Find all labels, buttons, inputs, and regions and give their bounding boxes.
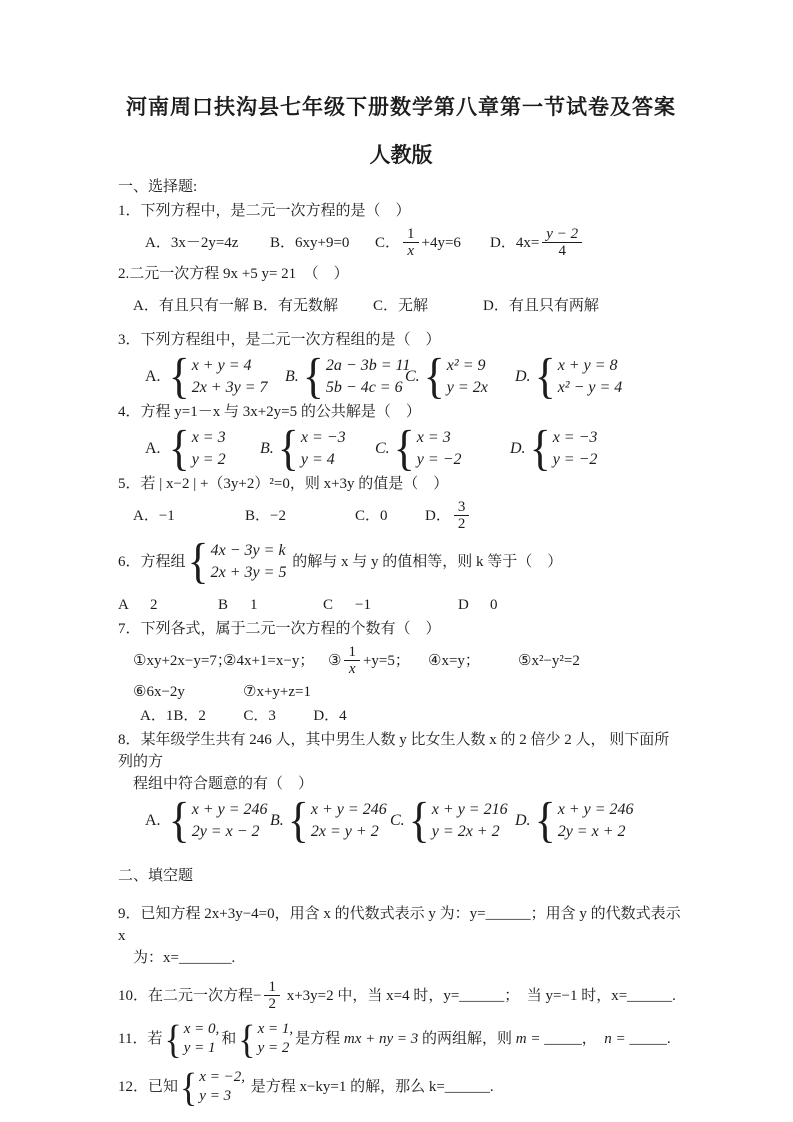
question-6-stem: 6．方程组 { 4x − 3y = k 2x + 3y = 5 的解与 x 与 … xyxy=(118,538,684,586)
q7-item-3-label: ③ xyxy=(328,650,341,672)
question-5-options: A．−1 B．−2 C．0 D． 3 2 xyxy=(118,497,684,534)
q6-option-d-value: 0 xyxy=(490,594,498,616)
equation: y = 4 xyxy=(301,449,346,471)
q4-option-a: A. { x = 3 y = 2 xyxy=(145,425,260,473)
q3-option-b-label: B. xyxy=(285,366,299,388)
equation-lines: x + y = 216 y = 2x + 2 xyxy=(432,799,508,843)
q8-option-b-system: { x + y = 246 2x = y + 2 xyxy=(288,799,387,843)
q11-text-3: ， xyxy=(582,1028,605,1050)
question-4-options: A. { x = 3 y = 2 B. { x = −3 y = 4 xyxy=(118,425,684,473)
q8-option-c-label: C. xyxy=(390,810,405,832)
equation: x = 1, xyxy=(258,1020,294,1039)
fraction-denominator: x xyxy=(349,661,356,677)
fraction: y − 2 4 xyxy=(542,226,582,259)
q1-option-c-label: C． xyxy=(375,232,400,254)
q7-option-a: A．1 xyxy=(140,705,173,727)
q5-option-d-label: D． xyxy=(425,505,451,527)
q11-n-label: n = xyxy=(604,1028,625,1050)
q7-item-7: ⑦x+y+z=1 xyxy=(243,681,311,703)
equation-lines: x² = 9 y = 2x xyxy=(447,355,488,399)
equation-lines: x + y = 4 2x + 3y = 7 xyxy=(192,355,268,399)
q5-option-b: B．−2 xyxy=(245,505,355,527)
brace-icon: { xyxy=(303,352,324,401)
q1-option-b: B．6xy+9=0 xyxy=(270,232,375,254)
q11-text-pre: 11．若 xyxy=(118,1028,162,1050)
q4-option-d-system: { x = −3 y = −2 xyxy=(530,427,598,471)
q7-item-2: ②4x+1=x−y； xyxy=(223,650,328,672)
equation: 2x + 3y = 7 xyxy=(192,377,268,399)
q8-option-c: C. { x + y = 216 y = 2x + 2 xyxy=(390,797,515,845)
equation-lines: x = −3 y = 4 xyxy=(301,427,346,471)
q3-option-d-label: D. xyxy=(515,366,531,388)
equation: y = −2 xyxy=(417,449,462,471)
brace-icon: { xyxy=(238,1019,255,1059)
q5-option-c: C．0 xyxy=(355,505,425,527)
q11-blank-m: _____ xyxy=(541,1028,582,1050)
q11-m-label: m = xyxy=(516,1028,541,1050)
question-12: 12．已知 { x = −2, y = 3 是方程 x−ky=1 的解，那么 k… xyxy=(118,1066,684,1108)
q7-item-4: ④x=y； xyxy=(428,650,518,672)
q5-option-a: A．−1 xyxy=(133,505,245,527)
equation: 2x + 3y = 5 xyxy=(211,562,287,584)
equation: x² − y = 4 xyxy=(558,377,623,399)
equation: x + y = 8 xyxy=(558,355,623,377)
fraction-denominator: 2 xyxy=(458,516,466,532)
brace-icon: { xyxy=(169,796,190,845)
q8-option-a: A. { x + y = 246 2y = x − 2 xyxy=(145,797,270,845)
equation: 2y = x + 2 xyxy=(558,821,634,843)
q10-text-post: x+3y=2 中，当 x=4 时，y=______； 当 y=−1 时，x=__… xyxy=(283,985,676,1007)
q4-option-d-label: D. xyxy=(510,438,526,460)
fraction: 1 x xyxy=(344,644,360,677)
equation-lines: x = 0, y = 1 xyxy=(184,1020,220,1058)
question-9-line1: 9．已知方程 2x+3y−4=0，用含 x 的代数式表示 y 为：y=_____… xyxy=(118,903,684,947)
q6-option-b-value: 1 xyxy=(250,594,258,616)
brace-icon: { xyxy=(530,424,551,473)
question-4-stem: 4．方程 y=1－x 与 3x+2y=5 的公共解是（ ） xyxy=(118,401,684,423)
brace-icon: { xyxy=(409,796,430,845)
fraction-numerator: 1 xyxy=(403,226,419,243)
q1-option-c: C． 1 x +4y=6 xyxy=(375,224,490,261)
equation: y = 2x + 2 xyxy=(432,821,508,843)
question-11: 11．若 { x = 0, y = 1 和 { x = 1, y = 2 是方程… xyxy=(118,1018,684,1060)
q12-text-post: 是方程 x−ky=1 的解，那么 k=______. xyxy=(247,1076,494,1098)
equation: x = 3 xyxy=(417,427,462,449)
q3-option-c-system: { x² = 9 y = 2x xyxy=(424,355,488,399)
fraction-denominator: 4 xyxy=(558,243,566,259)
brace-icon: { xyxy=(188,537,209,586)
section1-heading: 一、选择题: xyxy=(118,176,684,198)
q6-option-b: B 1 xyxy=(218,594,323,616)
test-paper-page: 河南周口扶沟县七年级下册数学第八章第一节试卷及答案 人教版 一、选择题: 1．下… xyxy=(0,0,793,1122)
brace-icon: { xyxy=(288,796,309,845)
q3-option-c-label: C. xyxy=(405,366,420,388)
q6-system: { 4x − 3y = k 2x + 3y = 5 xyxy=(188,540,287,584)
q7-item-3: ③ 1 x +y=5； xyxy=(328,642,428,679)
equation: x + y = 4 xyxy=(192,355,268,377)
q11-text-mid: 和 xyxy=(221,1028,236,1050)
q6-option-c: C −1 xyxy=(323,594,458,616)
equation: x = 0, xyxy=(184,1020,220,1039)
q2-option-b: B．有无数解 xyxy=(253,295,373,317)
equation: y = 2x xyxy=(447,377,488,399)
q6-option-c-value: −1 xyxy=(355,594,371,616)
q11-text-1: 是方程 xyxy=(295,1028,344,1050)
q11-equation-mxny: mx + ny = 3 xyxy=(344,1028,418,1050)
question-8-stem-line2: 程组中符合题意的有（ ） xyxy=(118,773,684,795)
question-8-stem-line1: 8．某年级学生共有 246 人，其中男生人数 y 比女生人数 x 的 2 倍少 … xyxy=(118,729,684,773)
equation: x² = 9 xyxy=(447,355,488,377)
brace-icon: { xyxy=(164,1019,181,1059)
q7-item-5: ⑤x²−y²=2 xyxy=(518,650,580,672)
page-content: 河南周口扶沟县七年级下册数学第八章第一节试卷及答案 人教版 一、选择题: 1．下… xyxy=(118,92,684,1108)
equation-lines: 2a − 3b = 11 5b − 4c = 6 xyxy=(326,355,410,399)
question-10: 10．在二元一次方程− 1 2 x+3y=2 中，当 x=4 时，y=_____… xyxy=(118,977,684,1014)
q12-system: { x = −2, y = 3 xyxy=(180,1068,245,1106)
question-7-items-line2: ⑥6x−2y ⑦x+y+z=1 xyxy=(118,681,684,703)
q3-option-a-system: { x + y = 4 2x + 3y = 7 xyxy=(169,355,268,399)
q3-option-a-label: A. xyxy=(145,366,165,388)
question-7-options: A．1 B．2 C．3 D．4 xyxy=(118,705,684,727)
q4-option-a-system: { x = 3 y = 2 xyxy=(169,427,226,471)
equation-lines: x = 1, y = 2 xyxy=(258,1020,294,1058)
q7-item-1: ①xy+2x−y=7； xyxy=(133,650,223,672)
q4-option-c-label: C. xyxy=(375,438,390,460)
q8-option-b-label: B. xyxy=(270,810,284,832)
brace-icon: { xyxy=(394,424,415,473)
q4-option-b: B. { x = −3 y = 4 xyxy=(260,425,375,473)
q2-option-a: A．有且只有一解 xyxy=(133,295,253,317)
q2-option-d: D．有且只有两解 xyxy=(483,295,599,317)
question-7-stem: 7．下列各式，属于二元一次方程的个数有（ ） xyxy=(118,618,684,640)
q3-option-d: D. { x + y = 8 x² − y = 4 xyxy=(515,353,624,401)
equation-lines: x + y = 246 2y = x − 2 xyxy=(192,799,268,843)
paper-title-line1: 河南周口扶沟县七年级下册数学第八章第一节试卷及答案 xyxy=(118,92,684,122)
equation: y = 3 xyxy=(199,1087,245,1106)
q11-system-1: { x = 0, y = 1 xyxy=(164,1020,219,1058)
question-2-options: A．有且只有一解 B．有无数解 C．无解 D．有且只有两解 xyxy=(118,295,684,317)
fraction-denominator: 2 xyxy=(268,996,276,1012)
q4-option-b-label: B. xyxy=(260,438,274,460)
equation-lines: x = 3 y = −2 xyxy=(417,427,462,471)
equation: x = −2, xyxy=(199,1068,245,1087)
q6-option-d-letter: D xyxy=(458,594,490,616)
fraction: 3 2 xyxy=(454,499,470,532)
brace-icon: { xyxy=(169,352,190,401)
equation-lines: 4x − 3y = k 2x + 3y = 5 xyxy=(211,540,287,584)
equation-lines: x = −2, y = 3 xyxy=(199,1068,245,1106)
q6-option-a-letter: A xyxy=(118,594,150,616)
q8-option-b: B. { x + y = 246 2x = y + 2 xyxy=(270,797,390,845)
equation: 5b − 4c = 6 xyxy=(326,377,410,399)
question-6-options: A 2 B 1 C −1 D 0 xyxy=(118,594,684,616)
q5-option-d: D． 3 2 xyxy=(425,497,472,534)
equation: 2y = x − 2 xyxy=(192,821,268,843)
q3-option-a: A. { x + y = 4 2x + 3y = 7 xyxy=(145,353,285,401)
q10-text-pre: 10．在二元一次方程− xyxy=(118,985,261,1007)
equation-lines: x = −3 y = −2 xyxy=(553,427,598,471)
equation: 2x = y + 2 xyxy=(311,821,387,843)
q11-blank-n: _____ xyxy=(626,1028,667,1050)
equation-lines: x = 3 y = 2 xyxy=(192,427,226,471)
q11-text-2: 的两组解，则 xyxy=(418,1028,516,1050)
question-8-options: A. { x + y = 246 2y = x − 2 B. { x + y =… xyxy=(118,797,684,845)
fraction: 1 2 xyxy=(264,979,280,1012)
q3-option-b: B. { 2a − 3b = 11 5b − 4c = 6 xyxy=(285,353,405,401)
equation: x + y = 246 xyxy=(311,799,387,821)
q7-option-d: D．4 xyxy=(313,705,346,727)
equation: x = 3 xyxy=(192,427,226,449)
question-7-items: ①xy+2x−y=7； ②4x+1=x−y； ③ 1 x +y=5； ④x=y；… xyxy=(118,642,684,679)
fraction-denominator: x xyxy=(407,243,414,259)
q6-option-b-letter: B xyxy=(218,594,250,616)
q2-option-c: C．无解 xyxy=(373,295,483,317)
q4-option-c: C. { x = 3 y = −2 xyxy=(375,425,510,473)
q6-option-a: A 2 xyxy=(118,594,218,616)
q8-option-d-label: D. xyxy=(515,810,531,832)
question-3-stem: 3．下列方程组中，是二元一次方程组的是（ ） xyxy=(118,329,684,351)
q7-item-3-rest: +y=5； xyxy=(363,650,410,672)
paper-title-line2: 人教版 xyxy=(118,142,684,168)
fraction: 1 x xyxy=(403,226,419,259)
q7-option-c: C．3 xyxy=(243,705,313,727)
q6-option-a-value: 2 xyxy=(150,594,158,616)
equation: y = 2 xyxy=(192,449,226,471)
q4-option-a-label: A. xyxy=(145,438,165,460)
question-5-stem: 5．若 | x−2 | +（3y+2）²=0，则 x+3y 的值是（ ） xyxy=(118,473,684,495)
equation: y = 1 xyxy=(184,1039,220,1058)
q7-option-b: B．2 xyxy=(173,705,243,727)
question-3-options: A. { x + y = 4 2x + 3y = 7 B. { 2a − 3b … xyxy=(118,353,684,401)
equation: y = −2 xyxy=(553,449,598,471)
q8-option-d: D. { x + y = 246 2y = x + 2 xyxy=(515,797,635,845)
equation: y = 2 xyxy=(258,1039,294,1058)
equation: x = −3 xyxy=(553,427,598,449)
brace-icon: { xyxy=(535,352,556,401)
q6-stem-pre: 6．方程组 xyxy=(118,551,186,573)
q11-text-4: . xyxy=(667,1028,671,1050)
q3-option-b-system: { 2a − 3b = 11 5b − 4c = 6 xyxy=(303,355,411,399)
q8-option-a-label: A. xyxy=(145,810,165,832)
question-9-line2: 为：x=_______. xyxy=(118,947,684,969)
equation: x = −3 xyxy=(301,427,346,449)
q1-option-d: D．4x= y − 2 4 xyxy=(490,224,585,261)
brace-icon: { xyxy=(535,796,556,845)
fraction-numerator: 1 xyxy=(344,644,360,661)
q6-option-d: D 0 xyxy=(458,594,498,616)
brace-icon: { xyxy=(180,1067,197,1107)
equation-lines: x + y = 8 x² − y = 4 xyxy=(558,355,623,399)
fraction-numerator: 3 xyxy=(454,499,470,516)
q8-option-d-system: { x + y = 246 2y = x + 2 xyxy=(535,799,634,843)
q6-option-c-letter: C xyxy=(323,594,355,616)
question-2-stem: 2.二元一次方程 9x +5 y= 21 （ ） xyxy=(118,263,684,285)
q1-option-a: A．3x－2y=4z xyxy=(145,232,270,254)
q8-option-a-system: { x + y = 246 2y = x − 2 xyxy=(169,799,268,843)
q11-system-2: { x = 1, y = 2 xyxy=(238,1020,293,1058)
q1-option-d-label: D．4x= xyxy=(490,232,539,254)
equation: 4x − 3y = k xyxy=(211,540,287,562)
q8-option-c-system: { x + y = 216 y = 2x + 2 xyxy=(409,799,508,843)
q1-option-c-rest: +4y=6 xyxy=(422,232,461,254)
q4-option-d: D. { x = −3 y = −2 xyxy=(510,425,599,473)
equation-lines: x + y = 246 2x = y + 2 xyxy=(311,799,387,843)
equation: x + y = 246 xyxy=(192,799,268,821)
q7-item-6: ⑥6x−2y xyxy=(133,681,243,703)
question-1-options: A．3x－2y=4z B．6xy+9=0 C． 1 x +4y=6 D．4x= … xyxy=(118,224,684,261)
equation-lines: x + y = 246 2y = x + 2 xyxy=(558,799,634,843)
q4-option-b-system: { x = −3 y = 4 xyxy=(278,427,346,471)
equation: x + y = 216 xyxy=(432,799,508,821)
fraction-numerator: y − 2 xyxy=(542,226,582,243)
q3-option-d-system: { x + y = 8 x² − y = 4 xyxy=(535,355,623,399)
section2-heading: 二、填空题 xyxy=(118,865,684,887)
brace-icon: { xyxy=(424,352,445,401)
equation: 2a − 3b = 11 xyxy=(326,355,410,377)
fraction-numerator: 1 xyxy=(264,979,280,996)
brace-icon: { xyxy=(278,424,299,473)
q12-text-pre: 12．已知 xyxy=(118,1076,178,1098)
equation: x + y = 246 xyxy=(558,799,634,821)
q4-option-c-system: { x = 3 y = −2 xyxy=(394,427,462,471)
question-1-stem: 1．下列方程中，是二元一次方程的是（ ） xyxy=(118,200,684,222)
q6-stem-post: 的解与 x 与 y 的值相等，则 k 等于（ ） xyxy=(288,551,562,573)
q3-option-c: C. { x² = 9 y = 2x xyxy=(405,353,515,401)
brace-icon: { xyxy=(169,424,190,473)
